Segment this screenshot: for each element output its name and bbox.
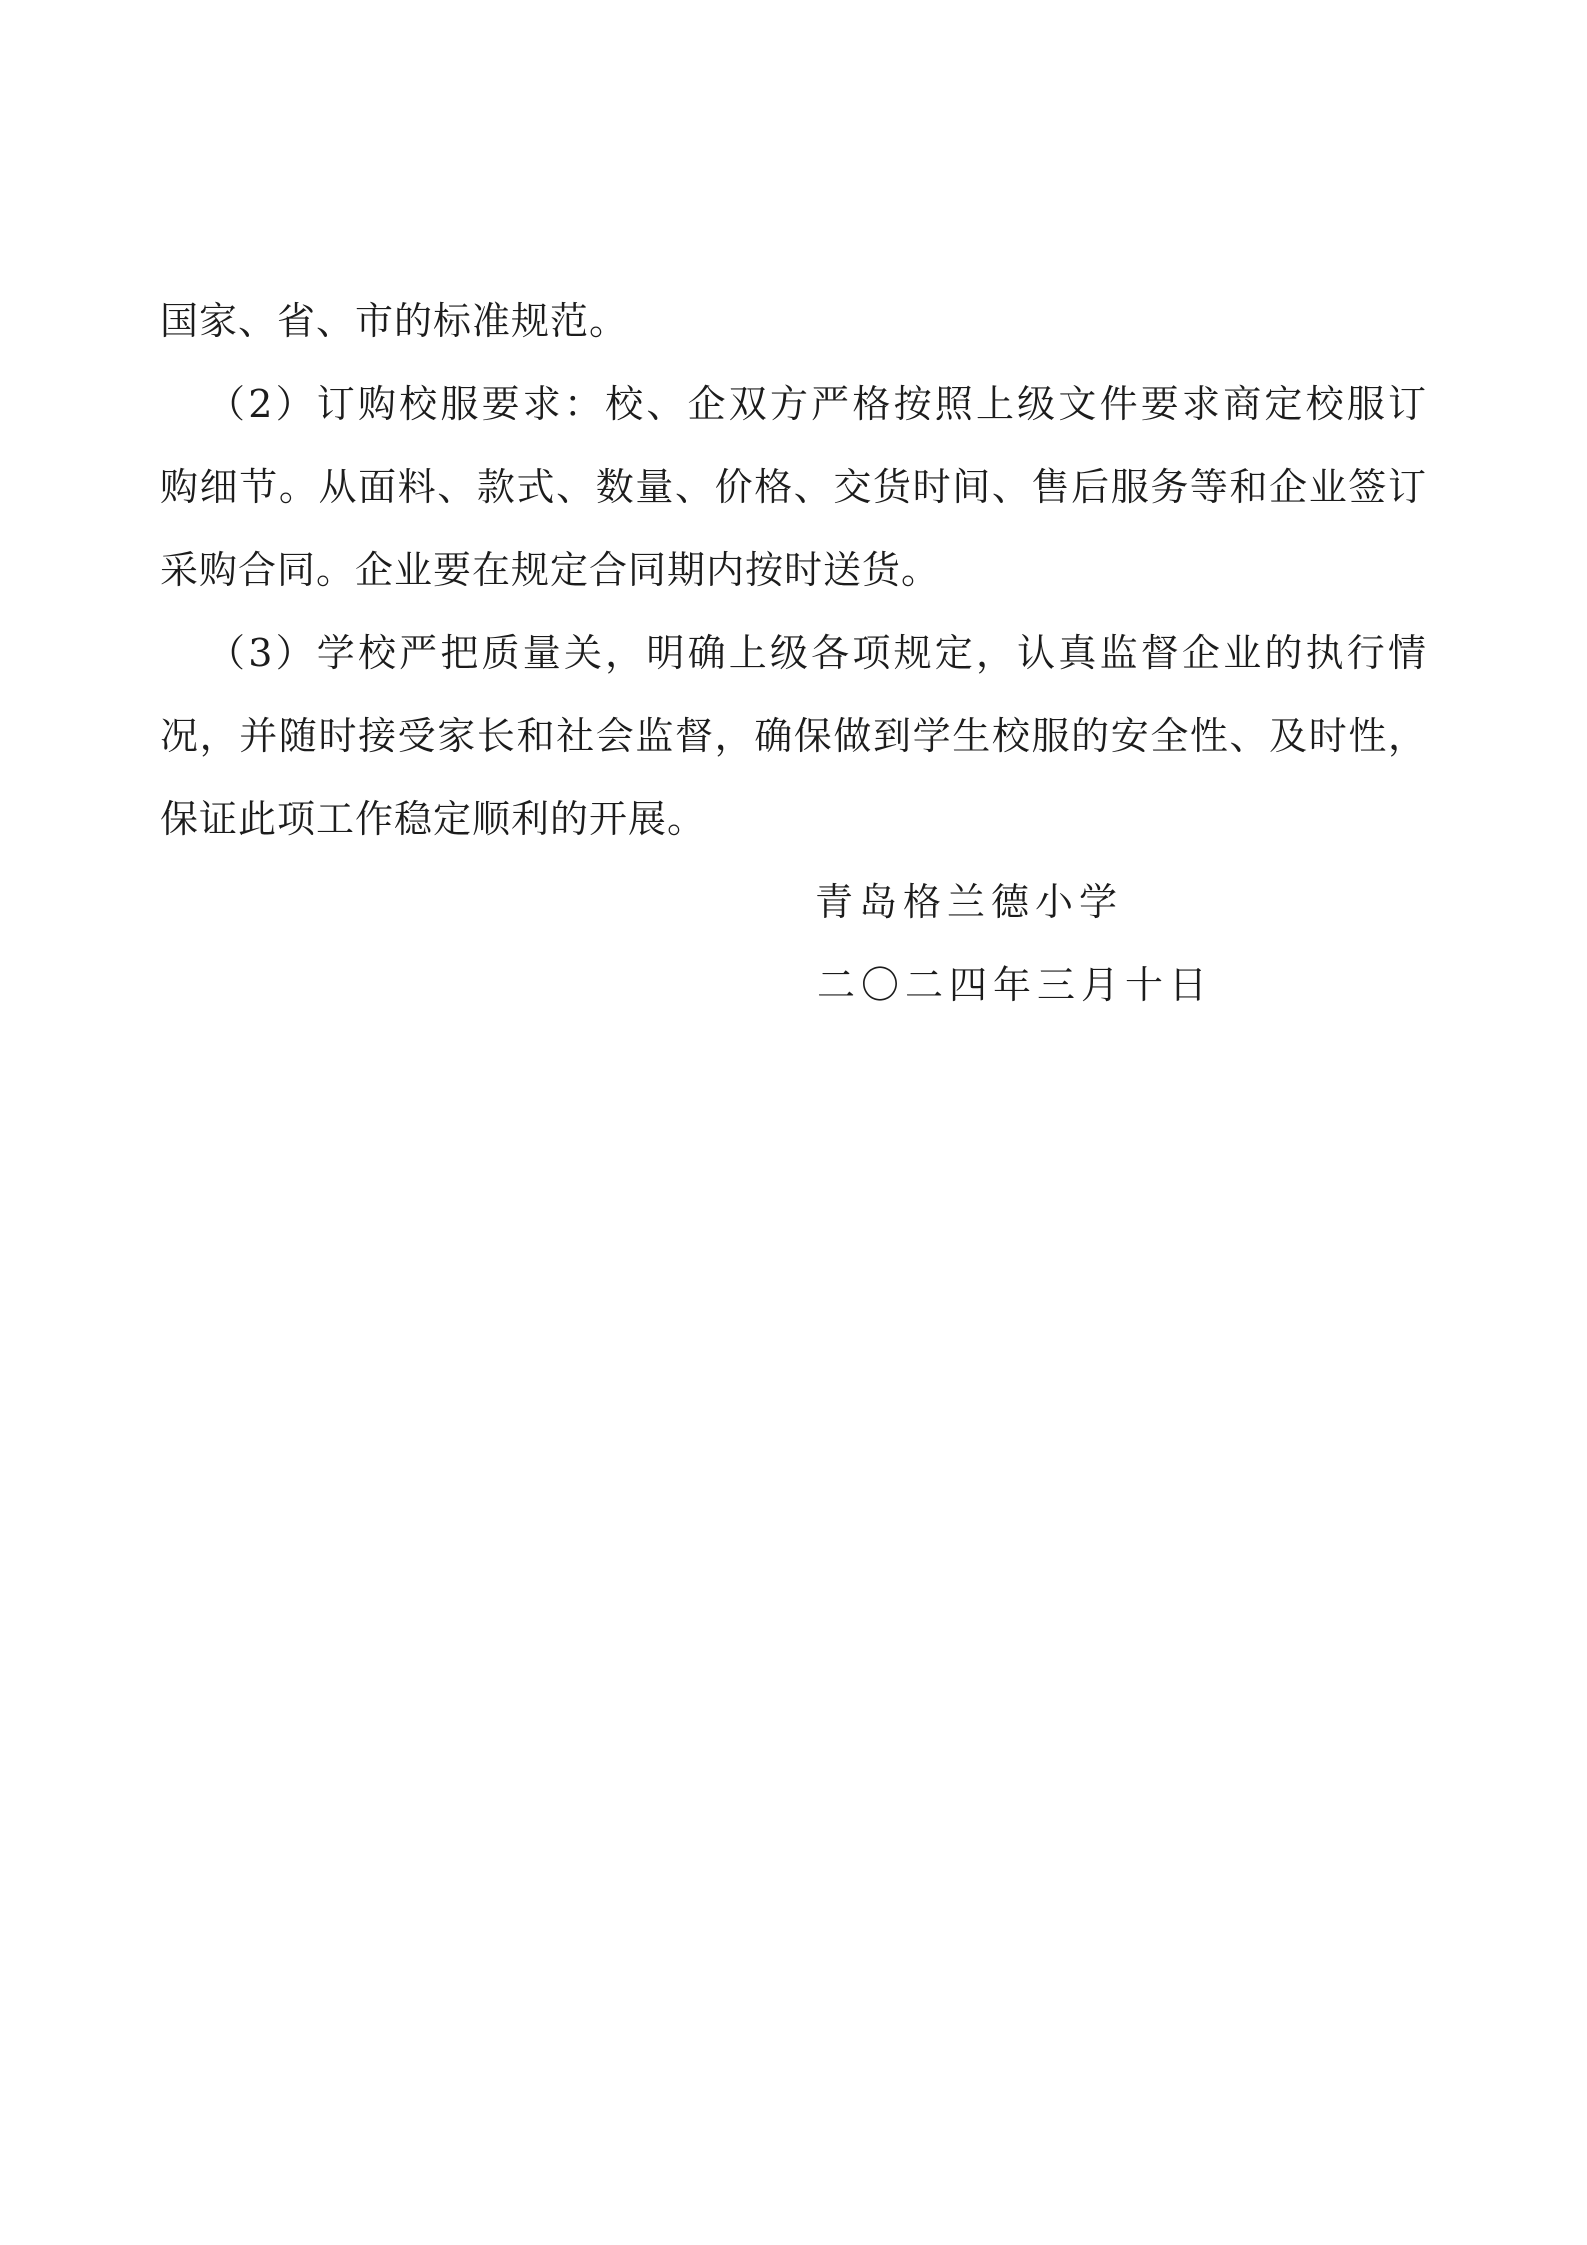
body-line: 况，并随时接受家长和社会监督，确保做到学生校服的安全性、及时性， <box>160 695 1427 778</box>
body-line: 保证此项工作稳定顺利的开展。 <box>160 778 1427 861</box>
document-body: 国家、省、市的标准规范。 （2）订购校服要求：校、企双方严格按照上级文件要求商定… <box>160 280 1427 1027</box>
body-line: （3）学校严把质量关，明确上级各项规定，认真监督企业的执行情 <box>160 612 1427 695</box>
body-line: （2）订购校服要求：校、企双方严格按照上级文件要求商定校服订 <box>160 363 1427 446</box>
body-line: 采购合同。企业要在规定合同期内按时送货。 <box>160 529 1427 612</box>
signature-school-name: 青岛格兰德小学 <box>160 861 1427 944</box>
document-page: 国家、省、市的标准规范。 （2）订购校服要求：校、企双方严格按照上级文件要求商定… <box>0 0 1587 2245</box>
body-line: 购细节。从面料、款式、数量、价格、交货时间、售后服务等和企业签订 <box>160 446 1427 529</box>
body-line: 国家、省、市的标准规范。 <box>160 280 1427 363</box>
signature-date: 二〇二四年三月十日 <box>160 944 1427 1027</box>
